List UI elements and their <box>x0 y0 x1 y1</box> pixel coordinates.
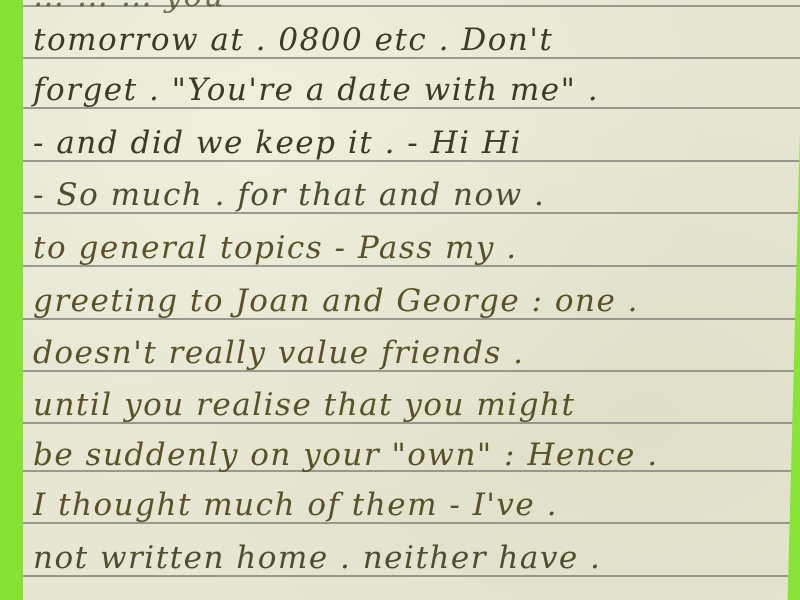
handwritten-line: tomorrow at . 0800 etc . Don't <box>33 22 553 58</box>
handwritten-line: greeting to Joan and George : one . <box>33 283 639 319</box>
handwritten-line: … … … you <box>33 0 225 14</box>
handwritten-line: forget . "You're a date with me" . <box>33 72 599 108</box>
handwritten-line: - So much . for that and now . <box>33 177 545 213</box>
handwritten-line: to general topics - Pass my . <box>33 230 518 266</box>
handwritten-line: I thought much of them - I've . <box>33 487 558 523</box>
scan-background-left <box>0 0 23 600</box>
handwritten-line: not written home . neither have . <box>33 540 601 576</box>
handwritten-line: - and did we keep it . - Hi Hi <box>33 125 522 161</box>
handwritten-line: until you realise that you might <box>33 387 575 423</box>
letter-page: … … … you tomorrow at . 0800 etc . Don't… <box>23 0 800 600</box>
handwritten-line: be suddenly on your "own" : Hence . <box>33 437 659 473</box>
handwritten-line: doesn't really value friends . <box>33 335 524 371</box>
